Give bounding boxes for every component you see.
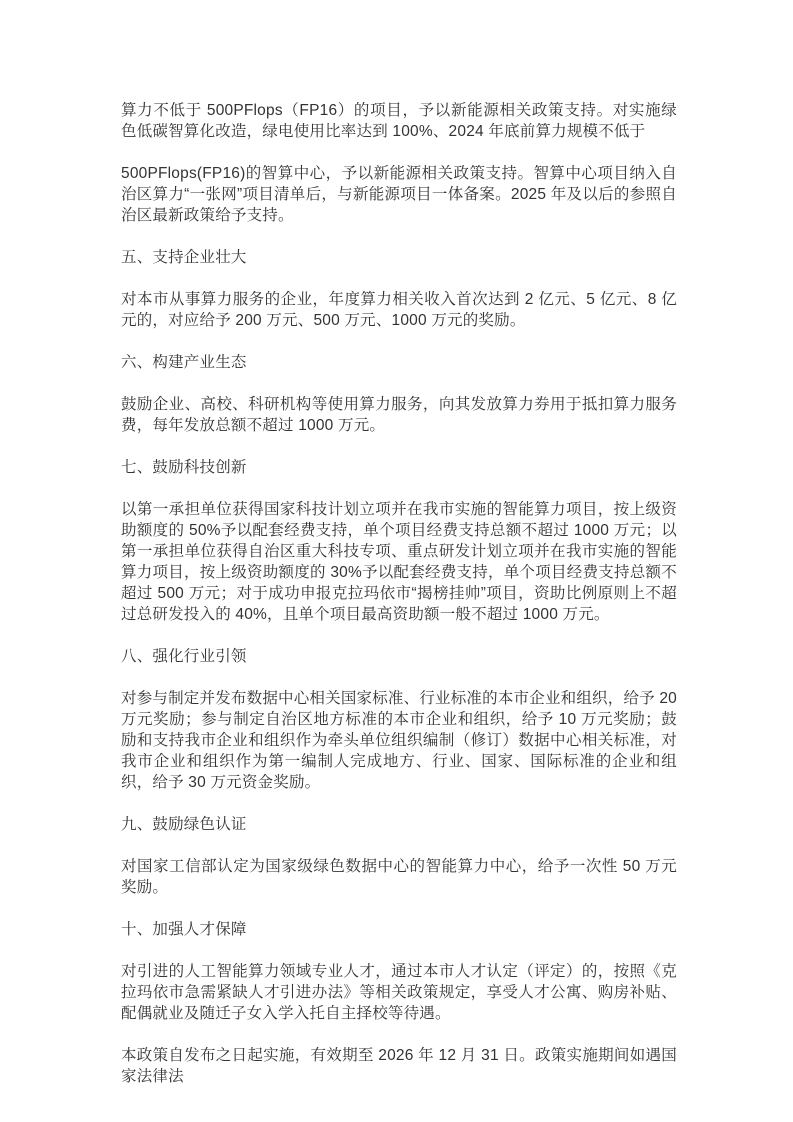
closing-paragraph: 本政策自发布之日起实施，有效期至 2026 年 12 月 31 日。政策实施期间…	[121, 1045, 677, 1087]
paragraph-continuation-1: 算力不低于 500PFlops（FP16）的项目，予以新能源相关政策支持。对实施…	[121, 100, 677, 142]
section-8-paragraph: 对参与制定并发布数据中心相关国家标准、行业标准的本市企业和组织，给予 20 万元…	[121, 688, 677, 793]
section-heading-7: 七、鼓励科技创新	[121, 457, 677, 478]
section-10-paragraph: 对引进的人工智能算力领域专业人才，通过本市人才认定（评定）的，按照《克拉玛依市急…	[121, 961, 677, 1024]
section-heading-5: 五、支持企业壮大	[121, 247, 677, 268]
section-heading-9: 九、鼓励绿色认证	[121, 814, 677, 835]
section-6-paragraph: 鼓励企业、高校、科研机构等使用算力服务，向其发放算力券用于抵扣算力服务费，每年发…	[121, 394, 677, 436]
section-9-paragraph: 对国家工信部认定为国家级绿色数据中心的智能算力中心，给予一次性 50 万元奖励。	[121, 856, 677, 898]
section-7-paragraph: 以第一承担单位获得国家科技计划立项并在我市实施的智能算力项目，按上级资助额度的 …	[121, 499, 677, 625]
document-page: 算力不低于 500PFlops（FP16）的项目，予以新能源相关政策支持。对实施…	[0, 0, 793, 1122]
section-heading-8: 八、强化行业引领	[121, 646, 677, 667]
section-heading-10: 十、加强人才保障	[121, 919, 677, 940]
paragraph-continuation-2: 500PFlops(FP16)的智算中心，予以新能源相关政策支持。智算中心项目纳…	[121, 163, 677, 226]
section-5-paragraph: 对本市从事算力服务的企业，年度算力相关收入首次达到 2 亿元、5 亿元、8 亿元…	[121, 289, 677, 331]
document-content: 算力不低于 500PFlops（FP16）的项目，予以新能源相关政策支持。对实施…	[121, 100, 677, 1087]
section-heading-6: 六、构建产业生态	[121, 352, 677, 373]
